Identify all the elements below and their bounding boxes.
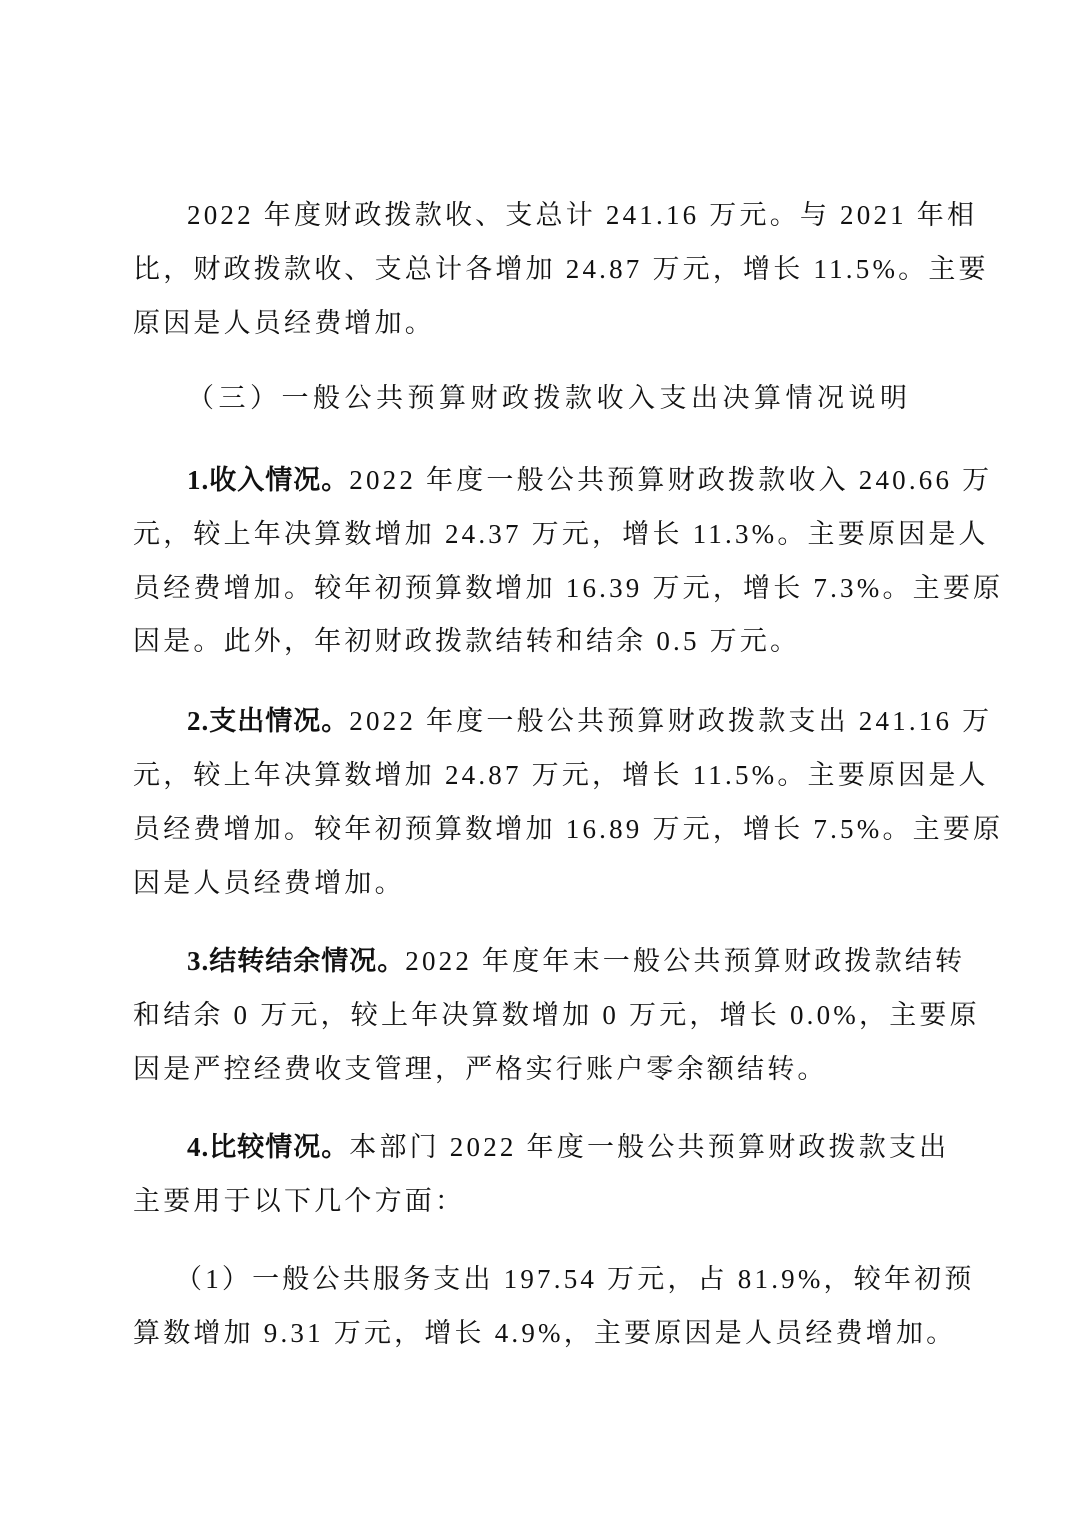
text-line: 因是。此外，年初财政拨款结转和结余 0.5 万元。: [133, 624, 800, 658]
text-line: 和结余 0 万元，较上年决算数增加 0 万元，增长 0.0%，主要原: [133, 998, 980, 1032]
text-line: 3.结转结余情况。2022 年度年末一般公共预算财政拨款结转: [187, 944, 965, 978]
text-line: 因是人员经费增加。: [133, 866, 405, 900]
text-line: （1）一般公共服务支出 197.54 万元，占 81.9%，较年初预: [175, 1262, 975, 1296]
text-line: 算数增加 9.31 万元，增长 4.9%，主要原因是人员经费增加。: [133, 1316, 956, 1350]
text-line: 1.收入情况。2022 年度一般公共预算财政拨款收入 240.66 万: [187, 463, 992, 497]
text-line: 员经费增加。较年初预算数增加 16.39 万元，增长 7.3%。主要原: [133, 571, 1003, 605]
section-heading: （三）一般公共预算财政拨款收入支出决算情况说明: [187, 381, 912, 415]
item-text: 2022 年度年末一般公共预算财政拨款结转: [405, 946, 965, 976]
item-text: 2022 年度一般公共预算财政拨款支出 241.16 万: [349, 706, 992, 736]
text-line: 原因是人员经费增加。: [133, 306, 435, 340]
document-page: 2022 年度财政拨款收、支总计 241.16 万元。与 2021 年相 比，财…: [0, 0, 1075, 1521]
item-label: 2.支出情况。: [187, 706, 349, 736]
text-line: 2.支出情况。2022 年度一般公共预算财政拨款支出 241.16 万: [187, 704, 992, 738]
text-line: 比，财政拨款收、支总计各增加 24.87 万元，增长 11.5%。主要: [133, 252, 989, 286]
text-line: 元，较上年决算数增加 24.87 万元，增长 11.5%。主要原因是人: [133, 758, 989, 792]
text-line: 元，较上年决算数增加 24.37 万元，增长 11.3%。主要原因是人: [133, 517, 989, 551]
item-text: 本部门 2022 年度一般公共预算财政拨款支出: [349, 1132, 949, 1162]
item-label: 3.结转结余情况。: [187, 946, 405, 976]
item-text: 2022 年度一般公共预算财政拨款收入 240.66 万: [349, 465, 992, 495]
text-line: 2022 年度财政拨款收、支总计 241.16 万元。与 2021 年相: [187, 198, 977, 232]
text-line: 4.比较情况。本部门 2022 年度一般公共预算财政拨款支出: [187, 1130, 949, 1164]
item-label: 1.收入情况。: [187, 465, 349, 495]
item-label: 4.比较情况。: [187, 1132, 349, 1162]
text-line: 因是严控经费收支管理，严格实行账户零余额结转。: [133, 1052, 828, 1086]
text-line: 员经费增加。较年初预算数增加 16.89 万元，增长 7.5%。主要原: [133, 812, 1003, 846]
text-line: 主要用于以下几个方面：: [133, 1184, 465, 1218]
